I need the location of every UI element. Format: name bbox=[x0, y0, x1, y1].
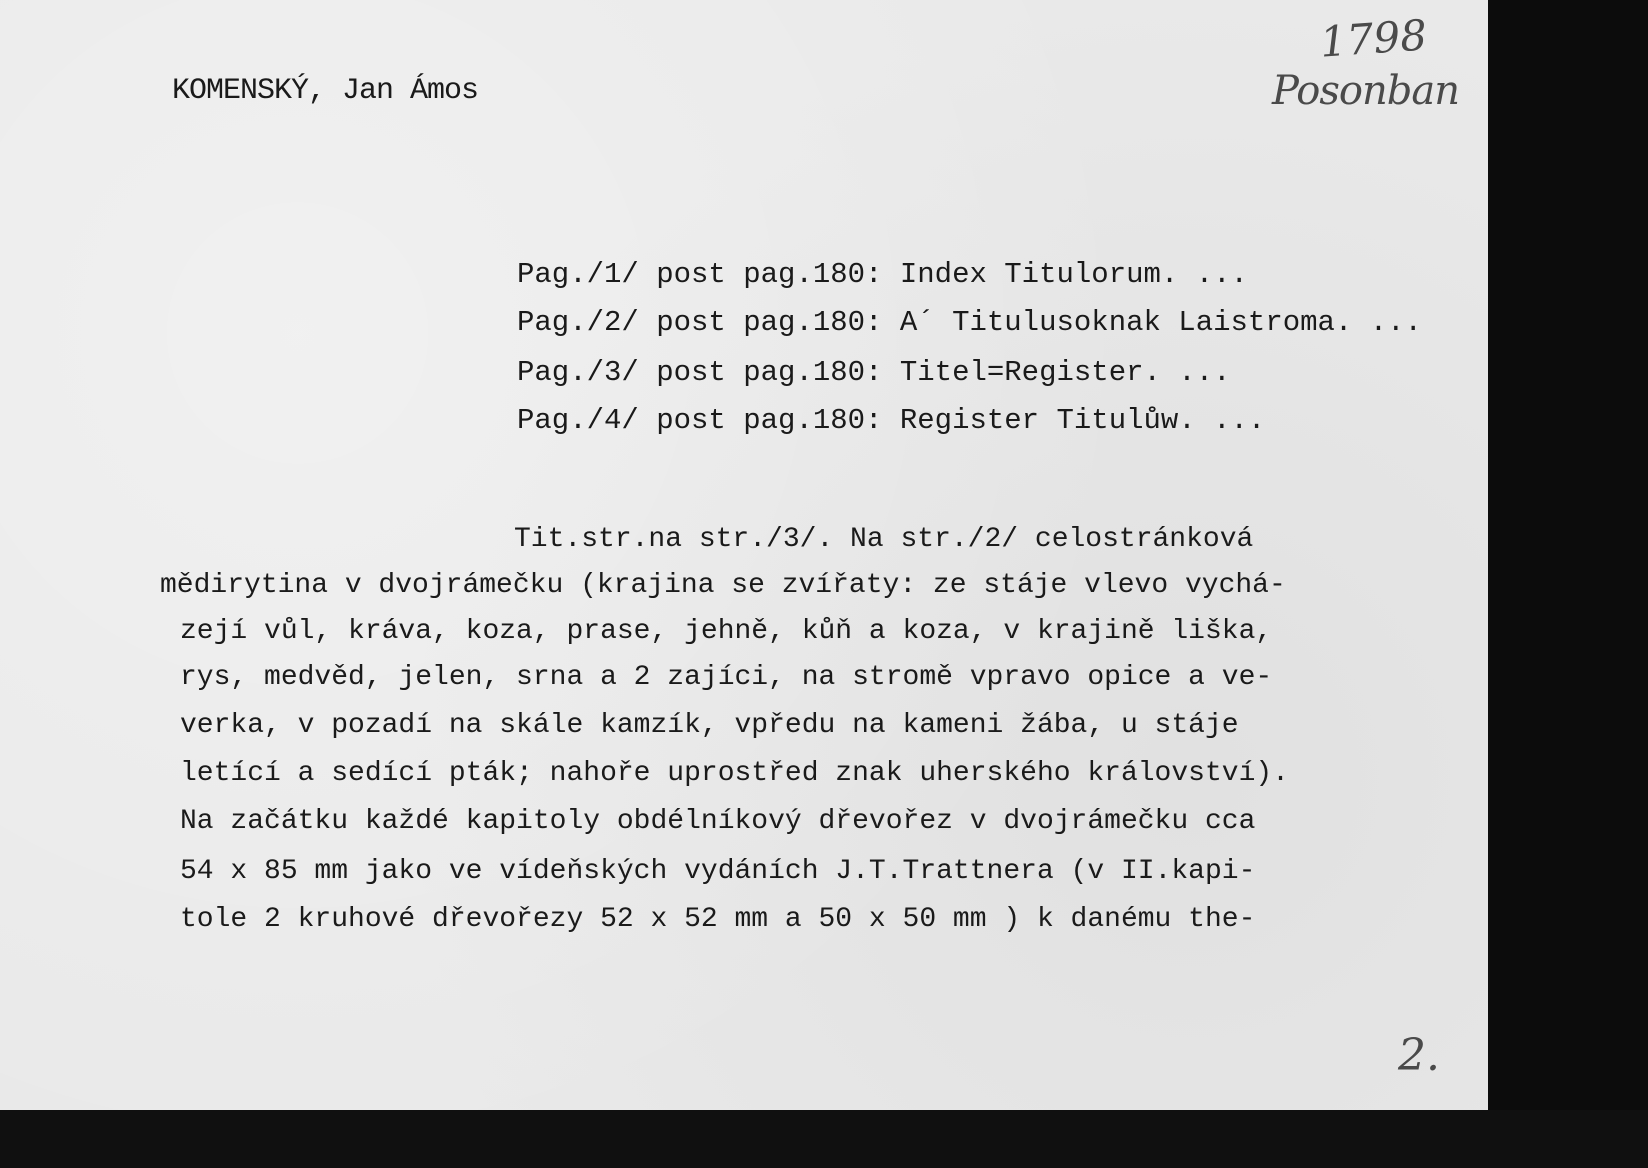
pagination-line: Pag./2/ post pag.180: A´ Titulusoknak La… bbox=[517, 306, 1422, 339]
catalog-card: KOMENSKÝ, Jan Ámos 1798 Posonban Pag./1/… bbox=[0, 0, 1488, 1110]
description-line: zejí vůl, kráva, koza, prase, jehně, kůň… bbox=[180, 616, 1272, 647]
scan-background-right bbox=[1488, 0, 1648, 1168]
description-line: Tit.str.na str./3/. Na str./2/ celostrán… bbox=[514, 524, 1253, 555]
description-line: verka, v pozadí na skále kamzík, vpředu … bbox=[180, 710, 1239, 741]
card-heading-author: KOMENSKÝ, Jan Ámos bbox=[172, 74, 478, 108]
description-line: 54 x 85 mm jako ve vídeňských vydáních J… bbox=[180, 856, 1255, 887]
scan-background-bottom bbox=[0, 1110, 1648, 1168]
description-line: tole 2 kruhové dřevořezy 52 x 52 mm a 50… bbox=[180, 904, 1255, 935]
description-line: Na začátku každé kapitoly obdélníkový dř… bbox=[180, 806, 1255, 837]
handwritten-place: Posonban bbox=[1272, 68, 1459, 114]
pagination-line: Pag./4/ post pag.180: Register Titulůw. … bbox=[517, 404, 1265, 437]
pagination-line: Pag./1/ post pag.180: Index Titulorum. .… bbox=[517, 258, 1248, 291]
pagination-line: Pag./3/ post pag.180: Titel=Register. ..… bbox=[517, 356, 1231, 389]
handwritten-card-number: 2. bbox=[1398, 1030, 1440, 1081]
handwritten-year: 1798 bbox=[1318, 10, 1428, 66]
description-line: mědirytina v dvojrámečku (krajina se zví… bbox=[160, 570, 1286, 601]
description-line: letící a sedící pták; nahoře uprostřed z… bbox=[180, 758, 1289, 789]
description-line: rys, medvěd, jelen, srna a 2 zajíci, na … bbox=[180, 662, 1272, 693]
